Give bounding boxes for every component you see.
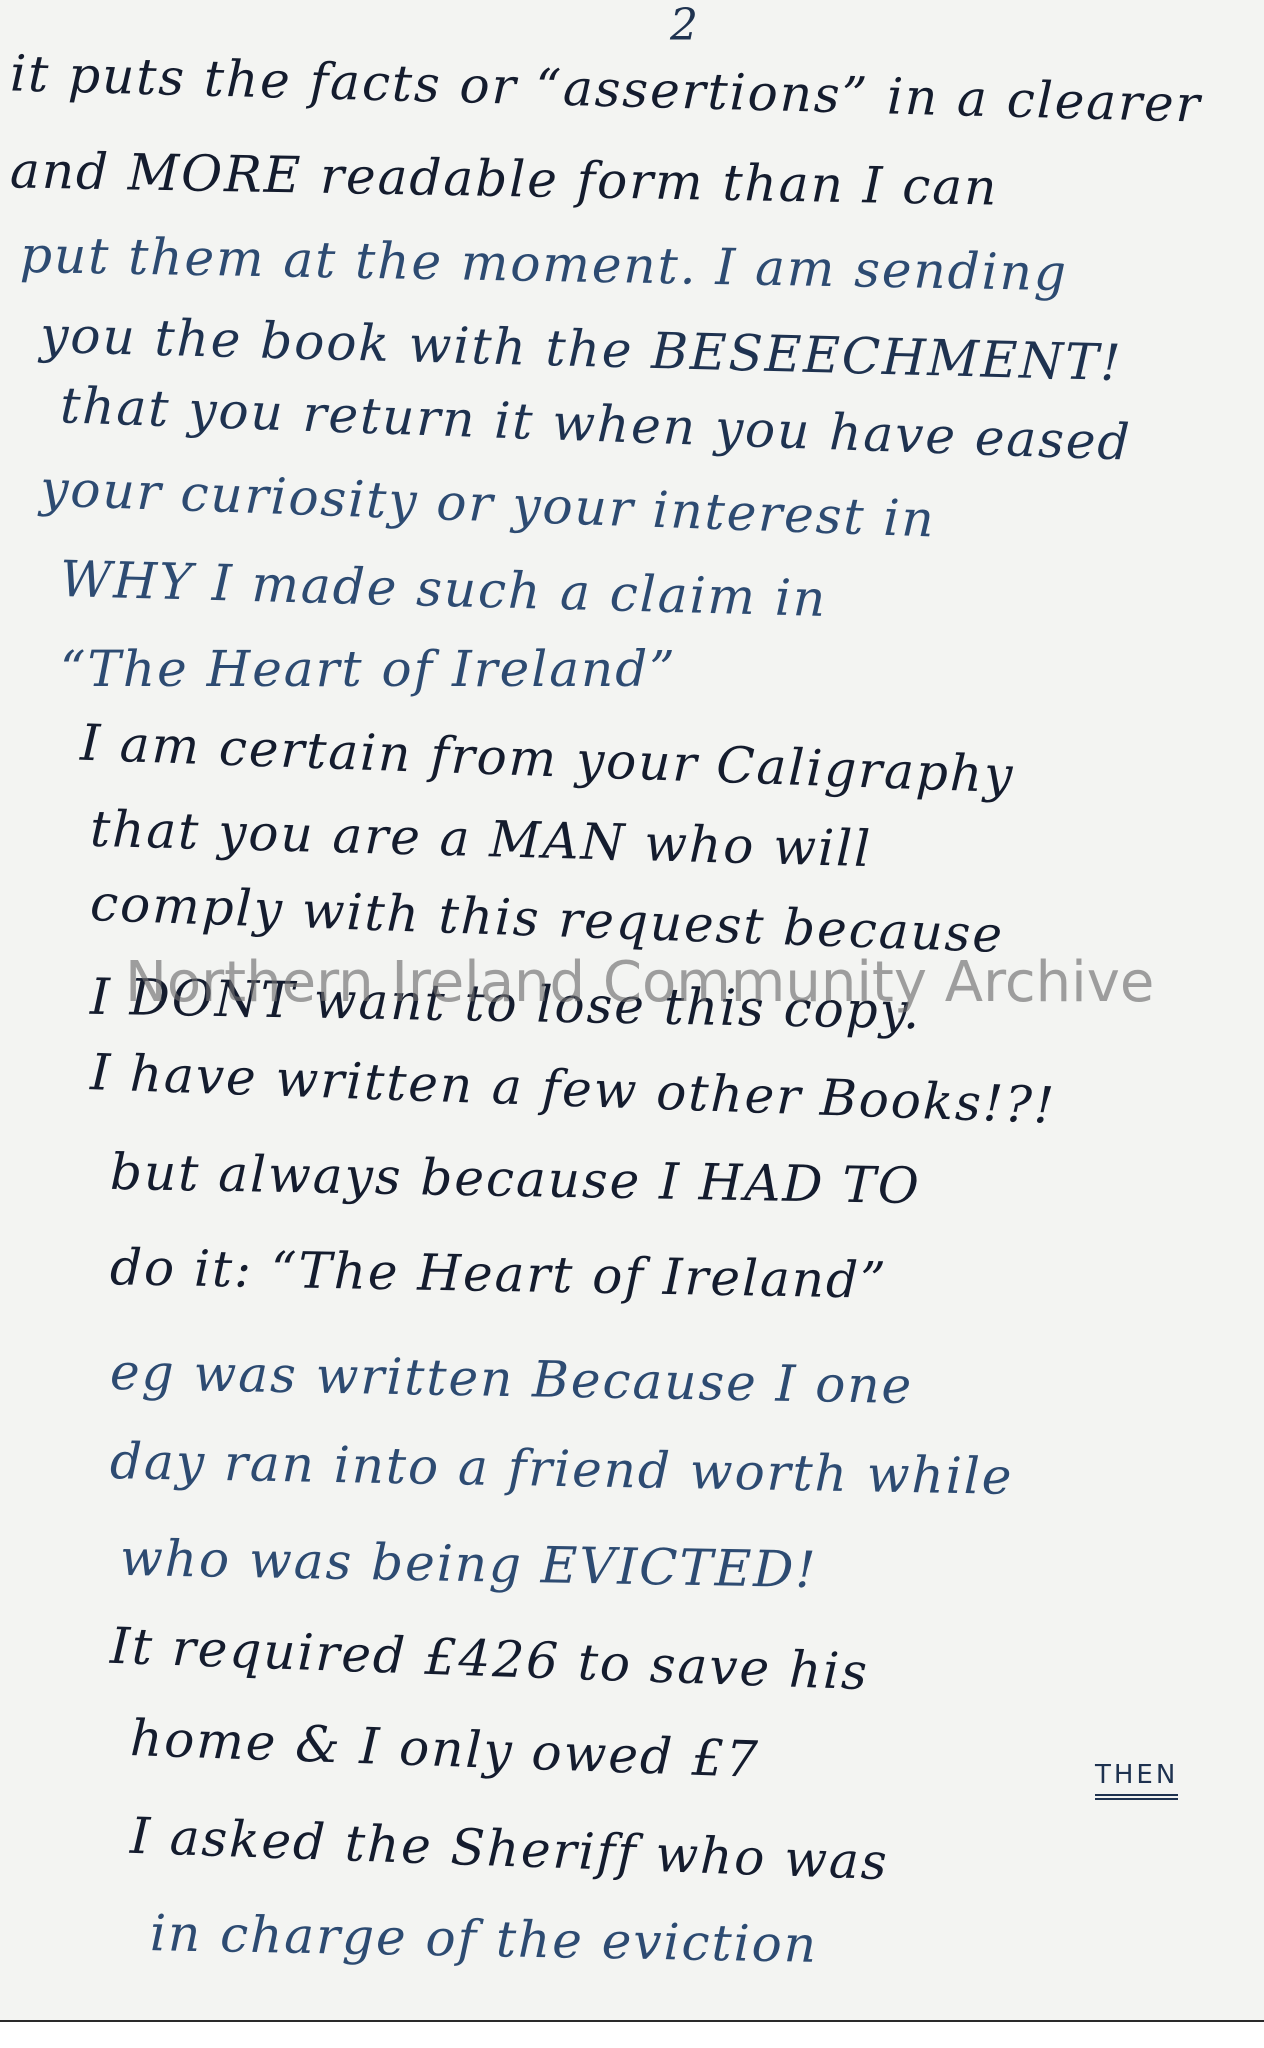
letter-line-20: home & I only owed £7 [129, 1709, 760, 1789]
letter-line-6: your curiosity or your interest in [39, 459, 936, 548]
letter-line-19: It required £426 to save his [109, 1617, 870, 1701]
letter-line-1: it puts the facts or “assertions” in a c… [9, 44, 1202, 133]
letter-line-7: WHY I made such a claim in [59, 550, 827, 628]
letter-line-5: that you return it when you have eased [59, 376, 1132, 471]
letter-line-21: I asked the Sheriff who was [129, 1807, 889, 1891]
letter-line-14: but always because I HAD TO [110, 1143, 922, 1215]
page-number: 2 [670, 0, 698, 51]
letter-line-17: day ran into a friend worth while [110, 1432, 1014, 1506]
letter-line-10: that you are a MAN who will [89, 800, 872, 878]
letter-line-22: in charge of the eviction [150, 1904, 819, 1974]
letter-line-4: you the book with the BESEECHMENT! [39, 306, 1123, 392]
letter-page: 2 it puts the facts or “assertions” in a… [0, 0, 1264, 2022]
letter-line-18: who was being EVICTED! [120, 1529, 818, 1599]
letter-line-15: do it: “The Heart of Ireland” [110, 1238, 889, 1310]
letter-line-8: “The Heart of Ireland” [60, 640, 677, 698]
letter-line-13: I have written a few other Books!?! [89, 1043, 1057, 1135]
letter-line-16: eg was written Because I one [110, 1343, 914, 1415]
letter-line-2: and MORE readable form than I can [10, 141, 999, 216]
letter-line-3: put them at the moment. I am sending [20, 226, 1069, 302]
archive-watermark: Northern Ireland Community Archive [125, 950, 1154, 1015]
margin-note-then: THEN [1095, 1760, 1178, 1800]
letter-line-9: I am certain from your Caligraphy [79, 714, 1015, 805]
